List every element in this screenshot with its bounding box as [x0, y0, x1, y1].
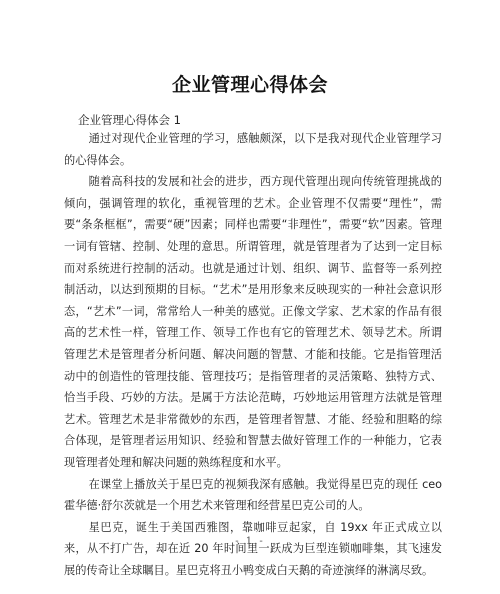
document-page: 企业管理心得体会 企业管理心得体会 1 通过对现代企业管理的学习，感触颇深，以下… [0, 0, 500, 594]
document-body: 通过对现代企业管理的学习，感触颇深，以下是我对现代企业管理学习的心得体会。 随着… [64, 128, 442, 581]
document-title: 企业管理心得体会 [0, 70, 500, 97]
paragraph-starbucks-video: 在课堂上播放关于星巴克的视频我深有感触。我觉得星巴克的现任 ceo 霍华德·舒尔… [64, 474, 442, 517]
paragraph-intro: 通过对现代企业管理的学习，感触颇深，以下是我对现代企业管理学习的心得体会。 [64, 128, 442, 171]
paragraph-starbucks-history: 星巴克，诞生于美国西雅图，靠咖啡豆起家，自 19xx 年正式成立以来，从不打广告… [64, 517, 442, 582]
paragraph-management-art: 随着高科技的发展和社会的进步，西方现代管理出现向传统管理挑战的倾向，强调管理的软… [64, 171, 442, 473]
section-heading: 企业管理心得体会 1 [78, 112, 181, 128]
page-number: - 1 - [0, 536, 500, 547]
